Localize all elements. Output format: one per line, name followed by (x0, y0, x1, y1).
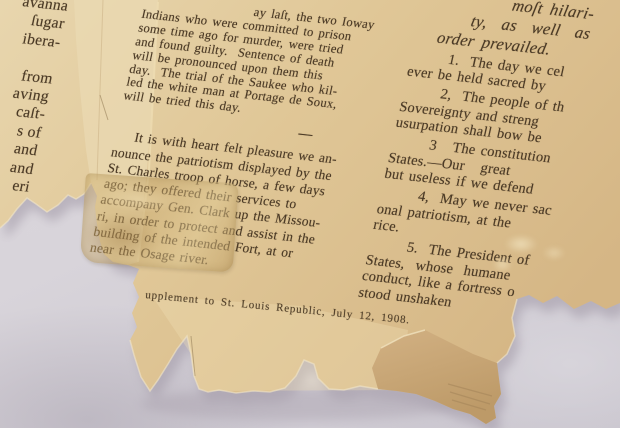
tape-patch (80, 173, 239, 272)
paper-stain (493, 257, 512, 272)
photo-stage: avannaſugaribera- fromavingcaſt-s ofanda… (0, 0, 620, 428)
paper-stain (505, 235, 537, 253)
paper-stain (543, 246, 565, 260)
